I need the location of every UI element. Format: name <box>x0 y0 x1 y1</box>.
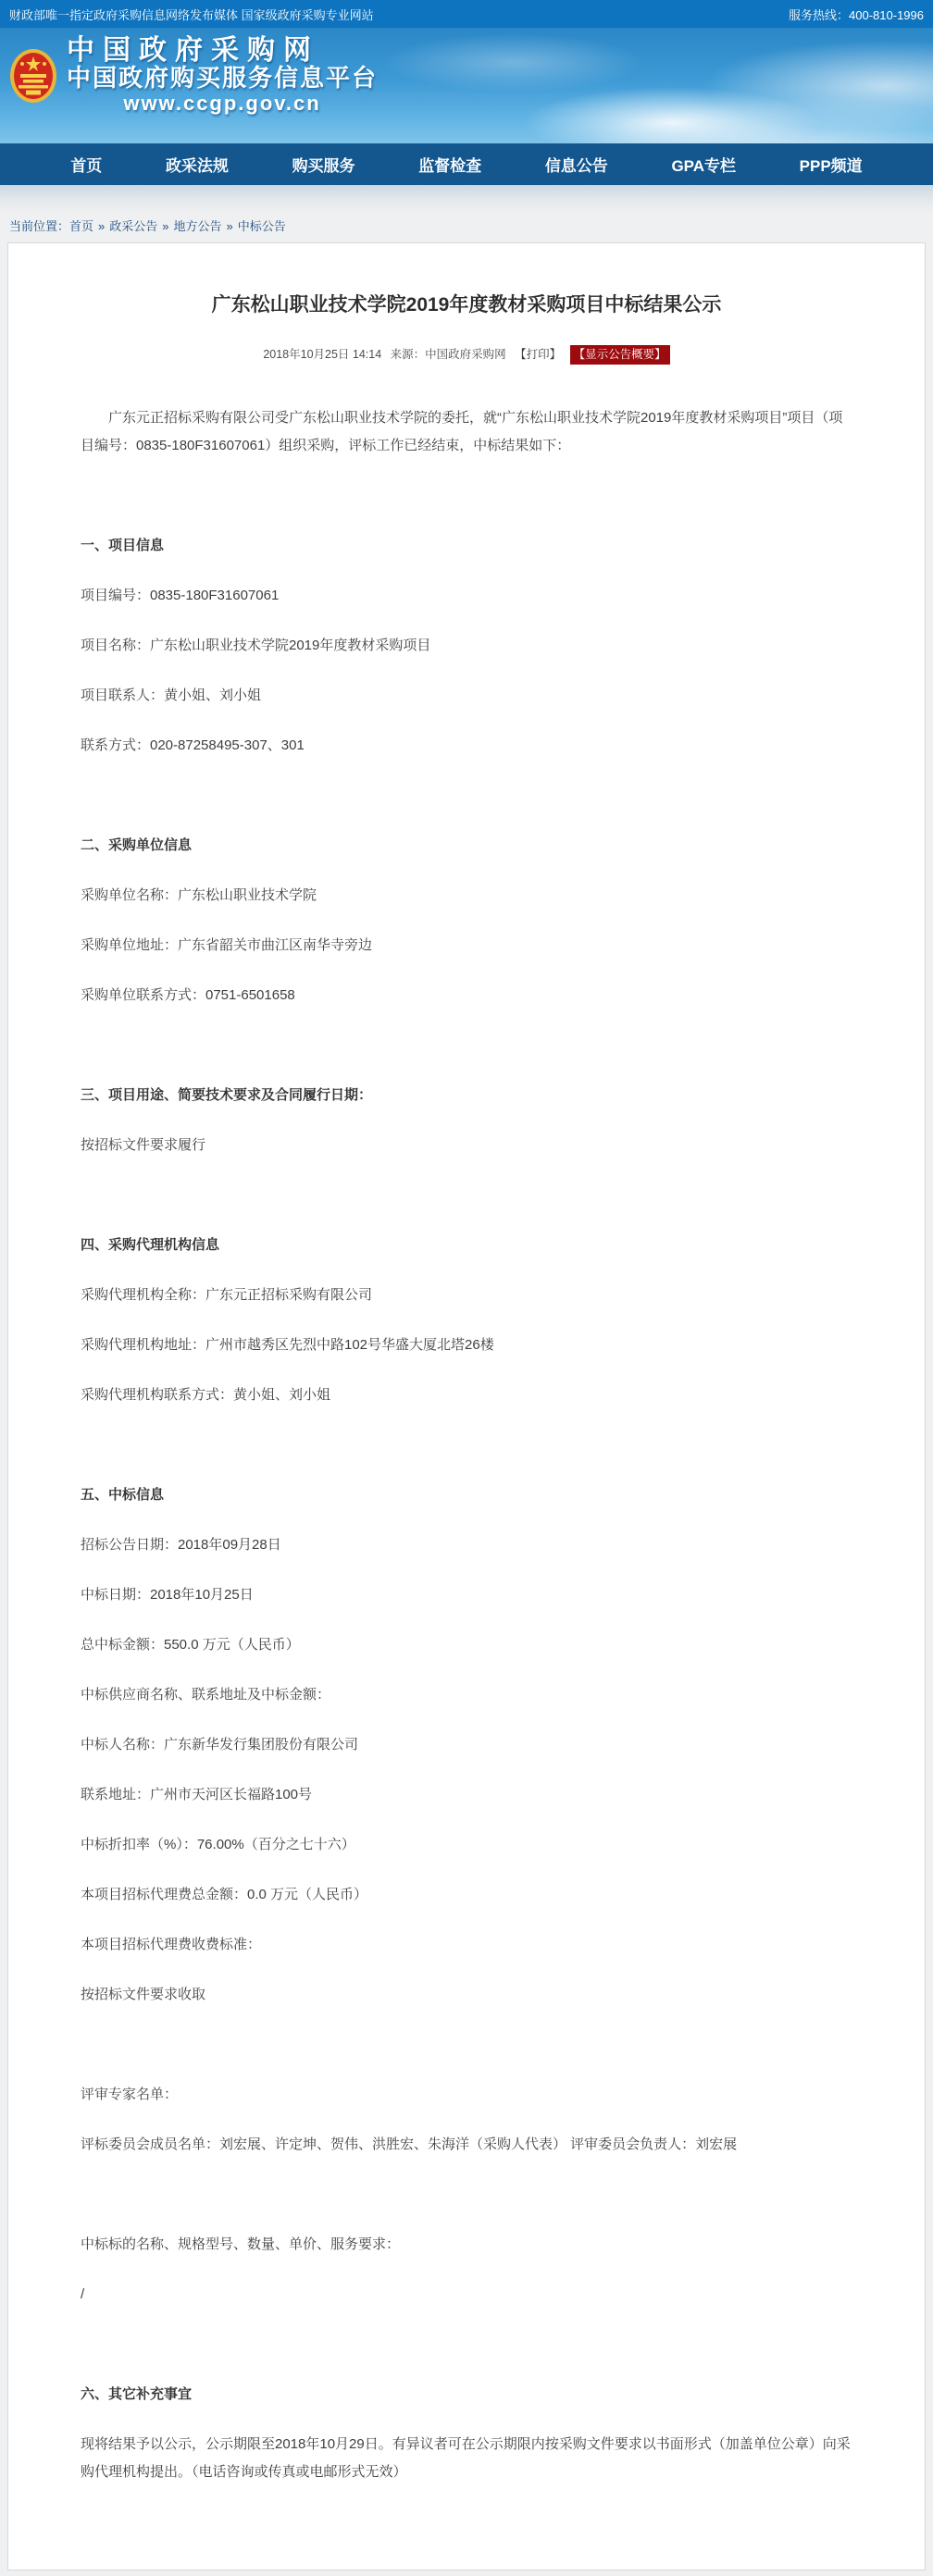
page-title: 广东松山职业技术学院2019年度教材采购项目中标结果公示 <box>81 291 852 319</box>
breadcrumb-link-中标公告[interactable]: 中标公告 <box>238 219 286 233</box>
platform-name: 中国政府购买服务信息平台 <box>67 65 378 92</box>
section-heading: 二、采购单位信息 <box>81 832 852 860</box>
paragraph: 采购代理机构联系方式：黄小姐、刘小姐 <box>81 1381 852 1409</box>
paragraph: / <box>81 2281 852 2309</box>
paragraph: 采购代理机构地址：广州市越秀区先烈中路102号华盛大厦北塔26楼 <box>81 1331 852 1359</box>
intro-paragraph: 广东元正招标采购有限公司受广东松山职业技术学院的委托，就“广东松山职业技术学院2… <box>81 404 852 460</box>
paragraph: 按招标文件要求收取 <box>81 1981 852 2009</box>
nav-item-监督检查[interactable]: 监督检查 <box>418 153 481 176</box>
paragraph: 采购单位名称：广东松山职业技术学院 <box>81 882 852 910</box>
site-name[interactable]: 中国政府采购网 <box>67 37 378 65</box>
paragraph: 项目编号：0835-180F31607061 <box>81 582 852 610</box>
main-nav: 首页政采法规购买服务监督检查信息公告GPA专栏PPP频道 <box>0 143 933 185</box>
paragraph: 中标日期：2018年10月25日 <box>81 1581 852 1609</box>
paragraph: 评审专家名单： <box>81 2081 852 2109</box>
nav-item-PPP频道[interactable]: PPP频道 <box>800 153 863 176</box>
paragraph: 总中标金额：550.0 万元（人民币） <box>81 1631 852 1659</box>
paragraph: 中标折扣率（%）：76.00%（百分之七十六） <box>81 1831 852 1859</box>
topbar-slogan: 财政部唯一指定政府采购信息网络发布媒体 国家级政府采购专业网站 <box>9 6 374 23</box>
nav-item-购买服务[interactable]: 购买服务 <box>292 153 355 176</box>
topbar-hotline: 服务热线：400-810-1996 <box>789 6 924 23</box>
breadcrumb-link-政采公告[interactable]: 政采公告 <box>109 219 157 233</box>
nav-item-首页[interactable]: 首页 <box>70 153 102 176</box>
paragraph: 中标供应商名称、联系地址及中标金额： <box>81 1681 852 1709</box>
nav-item-GPA专栏[interactable]: GPA专栏 <box>671 153 736 176</box>
paragraph: 联系地址：广州市天河区长福路100号 <box>81 1781 852 1809</box>
show-summary-button[interactable]: 【显示公告概要】 <box>570 345 670 365</box>
breadcrumb-separator: » <box>227 219 233 233</box>
page: 财政部唯一指定政府采购信息网络发布媒体 国家级政府采购专业网站 服务热线：400… <box>0 0 933 2570</box>
paragraph: 采购单位地址：广东省韶关市曲江区南华寺旁边 <box>81 932 852 960</box>
site-banner: 中国政府采购网 中国政府购买服务信息平台 www.ccgp.gov.cn <box>0 28 933 143</box>
paragraph: 联系方式：020-87258495-307、301 <box>81 732 852 760</box>
paragraph: 项目名称：广东松山职业技术学院2019年度教材采购项目 <box>81 632 852 660</box>
site-logo: 中国政府采购网 中国政府购买服务信息平台 www.ccgp.gov.cn <box>67 37 378 116</box>
article-source: 来源：中国政府采购网 <box>391 348 506 361</box>
breadcrumb-separator: » <box>98 219 105 233</box>
section-heading: 五、中标信息 <box>81 1481 852 1509</box>
paragraph: 中标标的名称、规格型号、数量、单价、服务要求： <box>81 2231 852 2259</box>
site-url[interactable]: www.ccgp.gov.cn <box>67 92 378 116</box>
paragraph: 采购代理机构全称：广东元正招标采购有限公司 <box>81 1282 852 1309</box>
paragraph: 评标委员会成员名单：刘宏展、许定坤、贺伟、洪胜宏、朱海洋（采购人代表） 评审委员… <box>81 2131 852 2159</box>
national-emblem-icon[interactable] <box>9 48 57 104</box>
article-meta: 2018年10月25日 14:14 来源：中国政府采购网 【打印】 【显示公告概… <box>81 345 852 362</box>
paragraph: 采购单位联系方式：0751-6501658 <box>81 982 852 1009</box>
article-sections: 一、项目信息项目编号：0835-180F31607061项目名称：广东松山职业技… <box>81 532 852 2486</box>
section-heading: 四、采购代理机构信息 <box>81 1232 852 1259</box>
section-heading: 一、项目信息 <box>81 532 852 560</box>
paragraph: 现将结果予以公示，公示期限至2018年10月29日。有异议者可在公示期限内按采购… <box>81 2431 852 2486</box>
section-heading: 三、项目用途、简要技术要求及合同履行日期： <box>81 1082 852 1109</box>
breadcrumb-label: 当前位置： <box>9 219 69 233</box>
paragraph: 按招标文件要求履行 <box>81 1132 852 1159</box>
breadcrumb: 当前位置：首页»政采公告»地方公告»中标公告 <box>0 216 933 242</box>
paragraph: 本项目招标代理费收费标准： <box>81 1931 852 1959</box>
nav-item-信息公告[interactable]: 信息公告 <box>545 153 608 176</box>
print-button[interactable]: 【打印】 <box>515 348 561 361</box>
breadcrumb-link-首页[interactable]: 首页 <box>69 219 93 233</box>
breadcrumb-separator: » <box>162 219 168 233</box>
publish-datetime: 2018年10月25日 14:14 <box>263 348 381 361</box>
paragraph: 中标人名称：广东新华发行集团股份有限公司 <box>81 1731 852 1759</box>
paragraph: 本项目招标代理费总金额：0.0 万元（人民币） <box>81 1881 852 1909</box>
nav-fade-strip <box>0 185 933 216</box>
topbar: 财政部唯一指定政府采购信息网络发布媒体 国家级政府采购专业网站 服务热线：400… <box>0 0 933 28</box>
article-container: 广东松山职业技术学院2019年度教材采购项目中标结果公示 2018年10月25日… <box>7 242 926 2570</box>
paragraph: 招标公告日期：2018年09月28日 <box>81 1531 852 1559</box>
paragraph: 项目联系人：黄小姐、刘小姐 <box>81 682 852 710</box>
nav-item-政采法规[interactable]: 政采法规 <box>166 153 229 176</box>
section-heading: 六、其它补充事宜 <box>81 2381 852 2409</box>
breadcrumb-link-地方公告[interactable]: 地方公告 <box>174 219 222 233</box>
